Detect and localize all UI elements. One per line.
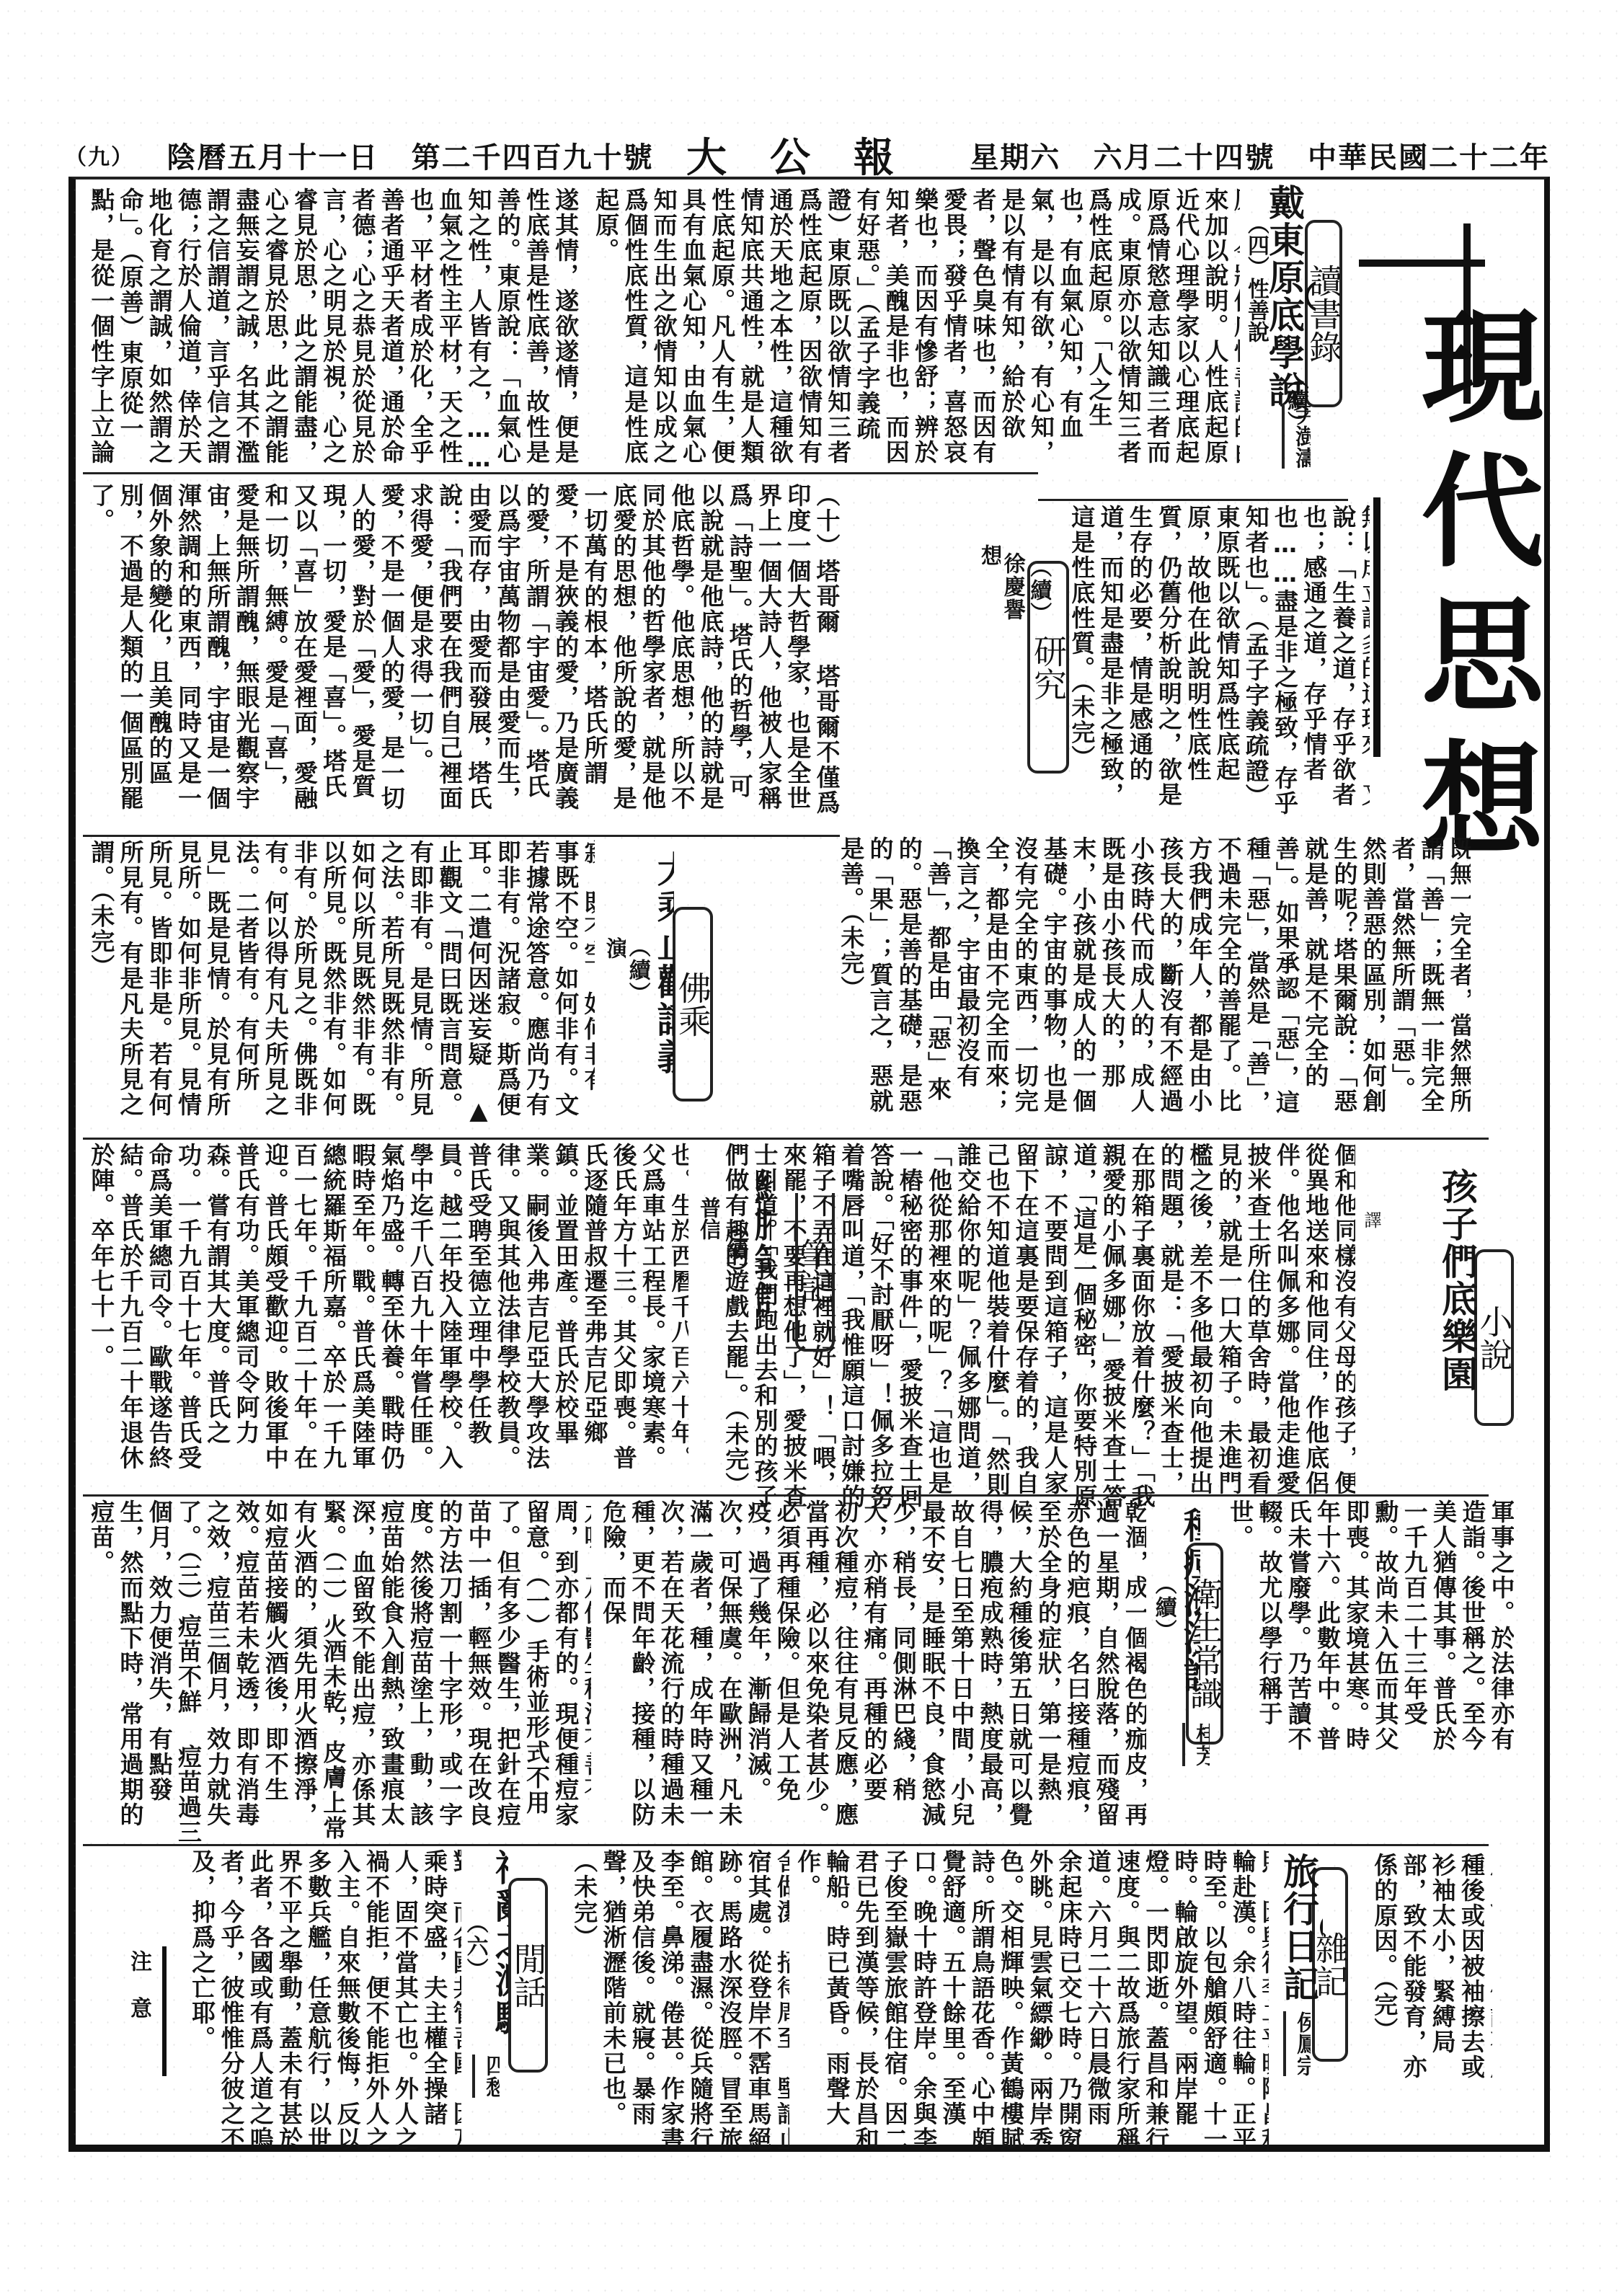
column-title: 現代思想 bbox=[1384, 303, 1561, 879]
editor-notice: 後 稿 有「續 錄」欄 閱 者 注 意 bbox=[123, 1950, 155, 2145]
buddhism-body: 二問答遣疑五初遣衆生現有疑 ▲止觀文「問曰諸佛體證淨心。至有初問云。諸佛證體。體… bbox=[87, 840, 595, 1128]
divider bbox=[83, 1844, 1489, 1846]
chat-author: 四愁 bbox=[472, 2055, 500, 2119]
issue-number: 第二千四百九十號 bbox=[412, 135, 654, 176]
article-body: 古來學者對於人性的說法約有三派：一，性無善惡說，告子說人性是惡的，善者僞也。二，… bbox=[591, 187, 1240, 465]
article-headline: 大乘止觀講義 bbox=[650, 851, 674, 1076]
article-body: 第九第十天，發育到了極點，而周圍赤暈，大小不定，有時各暈互相融合。因種痘不止一顆… bbox=[598, 1499, 1146, 1845]
author-name: 諦閑法師在南園講演 bbox=[598, 937, 626, 1125]
article-body: （十）塔哥爾 塔哥爾不僅爲印度一個大哲學家，也是全世界上一個大詩人，他被人家稱爲… bbox=[87, 483, 841, 822]
fiction-headline-block: 寓言小說 孩子們底樂園 bbox=[1435, 1168, 1478, 1528]
continued-mark: （六） bbox=[461, 1912, 488, 1981]
author-name: 美國 Hawthorne Nathaniel著 C I 譯 bbox=[1359, 1211, 1388, 1499]
article-body: （四）自己保護不周 種後或因被袖擦去或衫袖太小，緊縛局部，致不能發育，亦係的原因… bbox=[1370, 1853, 1492, 2083]
section-label-notes: 筆記 bbox=[795, 1193, 835, 1352]
article-body: 痘疱不出的原因 人類對於天花，生來以種了痘，常十有八九呢？乃係醫生種法不善不周，… bbox=[87, 1499, 591, 1845]
article-subhead: （四）性善說 bbox=[1240, 213, 1269, 342]
page-number: （九） bbox=[65, 139, 134, 171]
footer-rule bbox=[162, 1946, 167, 2076]
section-label-text: 閒話 bbox=[505, 1942, 552, 2008]
travel-body-continued: 在家休息十日。（前曾作歸途八日記）李子雲與符二君先行。至武漢停留。余搭昌和輪赴漢… bbox=[570, 1849, 789, 2152]
hygiene-body-continued: 痘疱不出的原因 人類對於天花，生來以種了痘，常十有八九呢？乃係醫生種法不善不周，… bbox=[87, 1499, 591, 1845]
article-body: 二問答遣疑五初遣衆生現有疑 ▲止觀文「問曰諸佛體證淨心。至有初問云。諸佛證體。體… bbox=[87, 840, 595, 1128]
divider bbox=[83, 472, 1038, 474]
chat-body: 外人之禍亂中國，皆乘中國之內亂而來，五胡十六國之亂晉，則由於八王之構兵，滿清之入… bbox=[187, 1849, 461, 2152]
continued-mark: （續） bbox=[1150, 1573, 1176, 1642]
section-label-chat: 閒話 bbox=[508, 1878, 548, 2073]
author-name: 四愁 bbox=[472, 2055, 500, 2098]
bullet-circle-icon bbox=[1306, 280, 1316, 312]
hygiene-body: 第九第十天，發育到了極點，而周圍赤暈，大小不定，有時各暈互相融合。因種痘不止一顆… bbox=[598, 1499, 1146, 1845]
date-year: 中華民國二十二年 bbox=[1308, 135, 1550, 176]
article-headline: 種痘法淺說 bbox=[1176, 1507, 1200, 1694]
notes-headline-block: 綴腋筆記 （續） bbox=[721, 1168, 771, 1471]
continued-mark: （續） bbox=[624, 936, 650, 1005]
reading-notes-subhead: （四）性善說 bbox=[1240, 213, 1269, 487]
notes-author: 普信 bbox=[692, 1197, 719, 1283]
author-name: 桂芳 bbox=[1182, 1723, 1210, 1766]
lunar-date: 陰曆五月十一日 bbox=[167, 135, 378, 176]
hygiene-author: 桂芳 bbox=[1182, 1723, 1210, 1809]
article-headline: 禍亂之測驗 bbox=[488, 1849, 508, 2036]
notes-body: 普信美國之軍事家兼法律家也。生於西曆千八百六十年。父爲車站工程長。家境寒素。後氏… bbox=[87, 1143, 688, 1492]
research-subhead: 第六章 東方學者的愛的思想 bbox=[973, 544, 1001, 818]
research-intro-text: 爲人人都具有血氣心知之性，復由人性而論到天性，因人性與天性有相互的關係；故東原由… bbox=[1067, 505, 1370, 829]
reading-notes-body: 古來學者對於人性的說法約有三派：一，性無善惡說，告子說人性是惡的，善者僞也。二，… bbox=[591, 187, 1240, 465]
reading-notes-body-continued: 呢？因爲凡天地間底物體或非物體，都具有一種一定的性質；東原既以性爲由欲情知三者感… bbox=[87, 187, 584, 483]
divider bbox=[1038, 499, 1348, 501]
article-body: 在家休息十日。（前曾作歸途八日記）李子雲與符二君先行。至武漢停留。余搭昌和輪赴漢… bbox=[570, 1849, 789, 2152]
author-name: 普信 bbox=[692, 1197, 719, 1240]
article-body: 阿力森林肯與德國一戰。勇猛異常。歐戰既終。普氏之名重於世。卒於西曆一千九百二十年… bbox=[1226, 1499, 1514, 1752]
article-headline: 綴腋筆記 bbox=[748, 1168, 771, 1318]
divider bbox=[83, 835, 840, 837]
research-body: （十）塔哥爾 塔哥爾不僅爲印度一個大哲學家，也是全世界上一個大詩人，他被人家稱爲… bbox=[87, 483, 970, 822]
buddhism-headline-block: 大乘止觀講義 （續） bbox=[624, 851, 674, 1125]
author-name: 侯鳳宗 bbox=[1283, 2011, 1311, 2076]
article-body: 五月二十五日晴 公統領。駐防湘西。胸懷坦白。富毅力以來。從事十縣自治教育實業。不… bbox=[793, 1849, 1269, 2152]
article-body: 外人之禍亂中國，皆乘中國之內亂而來，五胡十六國之亂晉，則由於八王之構兵，滿清之入… bbox=[187, 1849, 461, 2152]
article-headline: 孩子們底樂園 bbox=[1435, 1168, 1478, 1393]
buddhism-author: 諦閑法師在南園講演 bbox=[598, 937, 626, 1125]
section-label-buddhism: 佛乘 bbox=[673, 907, 713, 1102]
section-label-fiction: 小說 bbox=[1474, 1249, 1514, 1426]
reading-notes-author: 尹澍濤 bbox=[1282, 404, 1311, 483]
continued-mark: （續） bbox=[721, 1215, 748, 1285]
art-history-continued: 阿力森林肯與德國一戰。勇猛異常。歐戰既終。普氏之名重於世。卒於西曆一千九百二十年… bbox=[1226, 1499, 1514, 1752]
bullet-circle-icon bbox=[1320, 1912, 1323, 1943]
research-body-continued: 原始的人類他們覺得生物和無生物中間有極大的區別；直到民智進化，才覺得生物和無生物… bbox=[836, 836, 1471, 1125]
author-name: 尹澍濤 bbox=[1282, 404, 1311, 469]
masthead: （九） 陰曆五月十一日 第二千四百九十號 大公報 星期六 六月二十四號 中華民國… bbox=[65, 130, 1550, 180]
author-name: 徐慶譽 bbox=[998, 552, 1025, 621]
newspaper-name: 大公報 bbox=[686, 126, 937, 184]
article-body: 爲人人都具有血氣心知之性，復由人性而論到天性，因人性與天性有相互的關係；故東原由… bbox=[1067, 505, 1370, 829]
travel-author: 侯鳳宗 bbox=[1283, 2011, 1311, 2091]
travel-prev-ending: （四）自己保護不周 種後或因被袖擦去或衫袖太小，緊縛局部，致不能發育，亦係的原因… bbox=[1370, 1853, 1492, 2083]
article-body: 原始的人類他們覺得生物和無生物中間有極大的區別；直到民智進化，才覺得生物和無生物… bbox=[836, 836, 1471, 1125]
article-body: 普信美國之軍事家兼法律家也。生於西曆千八百六十年。父爲車站工程長。家境寒素。後氏… bbox=[87, 1143, 688, 1492]
article-body: 呢？因爲凡天地間底物體或非物體，都具有一種一定的性質；東原既以性爲由欲情知三者感… bbox=[87, 187, 584, 483]
article-headline: 旅行日記 bbox=[1276, 1853, 1320, 2003]
section-label-text: 研究 bbox=[1024, 634, 1072, 701]
divider bbox=[83, 1494, 1489, 1497]
section-label-text: 佛乘 bbox=[669, 971, 717, 1037]
travel-body: 五月二十五日晴 公統領。駐防湘西。胸懷坦白。富毅力以來。從事十縣自治教育實業。不… bbox=[793, 1849, 1269, 2152]
notice-text: 後 稿 有「續 錄」欄 閱 者 注 意 bbox=[123, 1950, 155, 2145]
date-month-day: 六月二十四號 bbox=[1094, 135, 1275, 176]
section-label-text: 筆記 bbox=[792, 1238, 839, 1304]
divider bbox=[83, 1138, 1489, 1140]
weekday: 星期六 bbox=[970, 135, 1060, 176]
section-label-research: 研究 bbox=[1027, 561, 1069, 774]
title-rule-vertical-lower bbox=[1373, 497, 1381, 757]
fiction-author-line: 美國 Hawthorne Nathaniel著 C I 譯 bbox=[1359, 1211, 1388, 1499]
article-subhead: 第六章 東方學者的愛的思想 bbox=[973, 544, 1001, 818]
